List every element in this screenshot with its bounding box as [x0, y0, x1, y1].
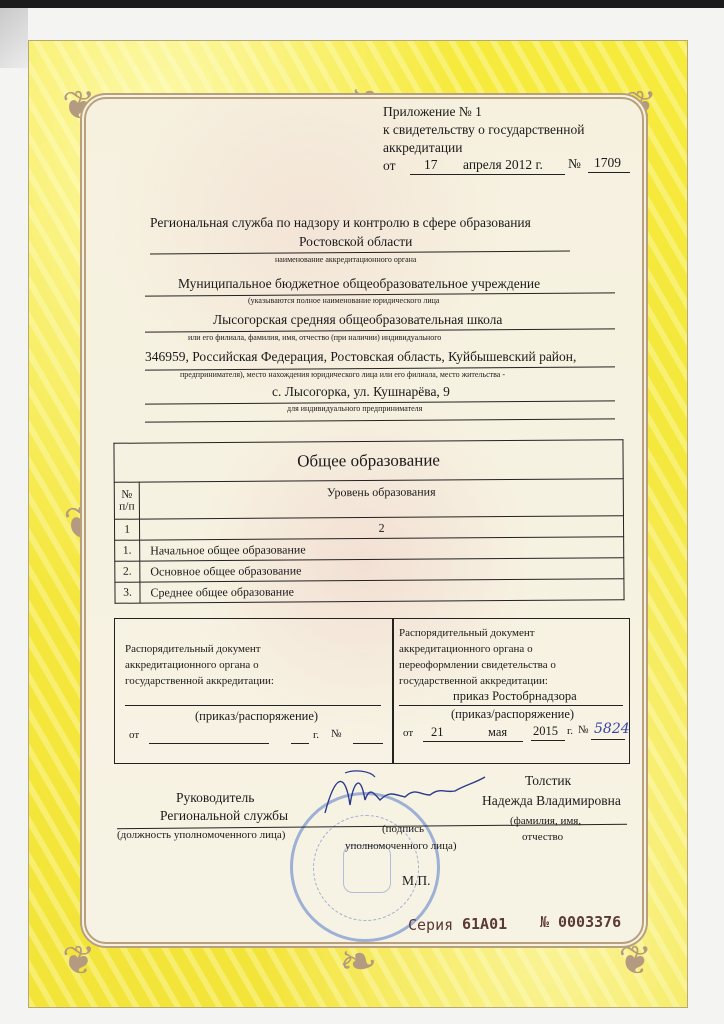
order-right-value: приказ Ростобрнадзора: [453, 689, 577, 704]
scan-corner: [0, 8, 28, 68]
appendix-title: Приложение № 1: [383, 104, 482, 120]
signatory-position-2: Региональной службы: [160, 808, 288, 824]
order-left-year-rule: [291, 743, 309, 744]
appendix-date-rule: [410, 174, 565, 175]
reissue-order-box: Распорядительный документ аккредитационн…: [392, 618, 630, 764]
order-right-month: мая: [488, 725, 507, 740]
organization-caption-2: или его филиала, фамилия, имя, отчество …: [188, 333, 441, 342]
appendix-number-rule: [588, 172, 630, 173]
appendix-day: 17: [424, 157, 438, 173]
organization-name: Муниципальное бюджетное общеобразователь…: [178, 276, 540, 292]
blank-number-label: №: [540, 913, 549, 931]
col-num-header: № п/п: [114, 482, 139, 519]
signatory-position-1: Руководитель: [176, 790, 254, 806]
stamp-label: М.П.: [402, 873, 431, 889]
order-left-rule: [125, 705, 381, 706]
order-left-caption: (приказ/распоряжение): [195, 709, 318, 724]
order-left-from-label: от: [129, 729, 139, 741]
signatory-name: Надежда Владимировна: [482, 793, 621, 809]
row-num: 2.: [115, 561, 140, 582]
authority-region: Ростовской области: [299, 234, 412, 250]
order-left-number-label: №: [331, 728, 342, 740]
order-right-number-rule: [591, 739, 625, 740]
authority-name: Региональная служба по надзору и контрол…: [150, 215, 531, 231]
organization-caption-4: для индивидуального предпринимателя: [287, 404, 422, 413]
signatory-position-caption: (должность уполномоченного лица): [117, 829, 285, 841]
printer-imprint: [706, 780, 716, 1020]
order-right-line-2: аккредитационного органа о: [399, 643, 533, 655]
order-right-date-rule: [423, 741, 523, 742]
order-left-date-rule: [149, 743, 269, 744]
appendix-subtitle: к свидетельству о государственной: [383, 122, 584, 138]
order-right-from-label: от: [403, 727, 413, 739]
organization-school-name: Лысогорская средняя общеобразовательная …: [213, 312, 502, 328]
order-right-year-label: г.: [567, 725, 573, 737]
order-right-day: 21: [431, 725, 444, 740]
row-num: 3.: [115, 582, 140, 603]
signature-caption-1: (подпись: [382, 823, 424, 835]
order-right-line-4: государственной аккредитации:: [399, 675, 548, 687]
organization-caption-3: предпринимателя), место нахождения юриди…: [180, 370, 505, 379]
row-num: 1.: [115, 540, 140, 561]
index-col-1: 1: [114, 519, 139, 540]
appendix-number-label: №: [568, 156, 581, 172]
organization-caption-1: (указываются полное наименование юридиче…: [248, 296, 439, 305]
order-right-line-3: переоформлении свидетельства о: [399, 659, 556, 671]
appendix-subtitle-2: аккредитации: [383, 140, 463, 156]
order-right-caption: (приказ/распоряжение): [451, 707, 574, 722]
name-caption-1: (фамилия, имя,: [510, 815, 581, 827]
accreditation-order-box: Распорядительный документ аккредитационн…: [114, 618, 394, 764]
order-right-line-1: Распорядительный документ: [399, 627, 535, 639]
order-left-line-3: государственной аккредитации:: [125, 675, 274, 687]
blank-number: 0003376: [558, 913, 621, 931]
appendix-month-year: апреля 2012 г.: [463, 157, 543, 173]
row-level: Среднее общее образование: [140, 579, 624, 603]
order-left-line-1: Распорядительный документ: [125, 643, 261, 655]
authority-caption: наименование аккредитационного органа: [275, 255, 416, 264]
order-right-number: 5824: [594, 721, 630, 737]
scan-edge: [0, 0, 724, 8]
appendix-number: 1709: [594, 155, 621, 171]
education-table: Общее образование № п/п Уровень образова…: [113, 439, 624, 604]
order-left-line-2: аккредитационного органа о: [125, 659, 259, 671]
name-caption-2: отчество: [522, 831, 563, 843]
education-table-title: Общее образование: [114, 440, 623, 483]
signature-icon: [315, 765, 490, 820]
signature-caption-2: уполномоченного лица): [345, 840, 457, 852]
order-left-number-rule: [353, 743, 383, 744]
corner-ornament-icon: ❦: [62, 941, 96, 981]
order-right-rule: [399, 705, 623, 706]
signatory-surname: Толстик: [525, 773, 571, 789]
series-value: 61А01: [462, 915, 507, 933]
col-level-header: Уровень образования: [139, 479, 623, 519]
organization-address-1: 346959, Российская Федерация, Ростовская…: [145, 349, 576, 365]
series-label: Серия: [408, 916, 453, 934]
order-right-year-rule: [531, 740, 565, 741]
order-left-year-label: г.: [313, 729, 319, 741]
organization-address-2: с. Лысогорка, ул. Кушнарёва, 9: [272, 384, 450, 400]
seal-emblem-icon: [343, 845, 391, 893]
order-right-year: 2015: [533, 724, 558, 739]
order-right-number-label: №: [578, 724, 589, 736]
table-row: 3. Среднее общее образование: [115, 579, 624, 604]
appendix-from-label: от: [383, 158, 395, 174]
